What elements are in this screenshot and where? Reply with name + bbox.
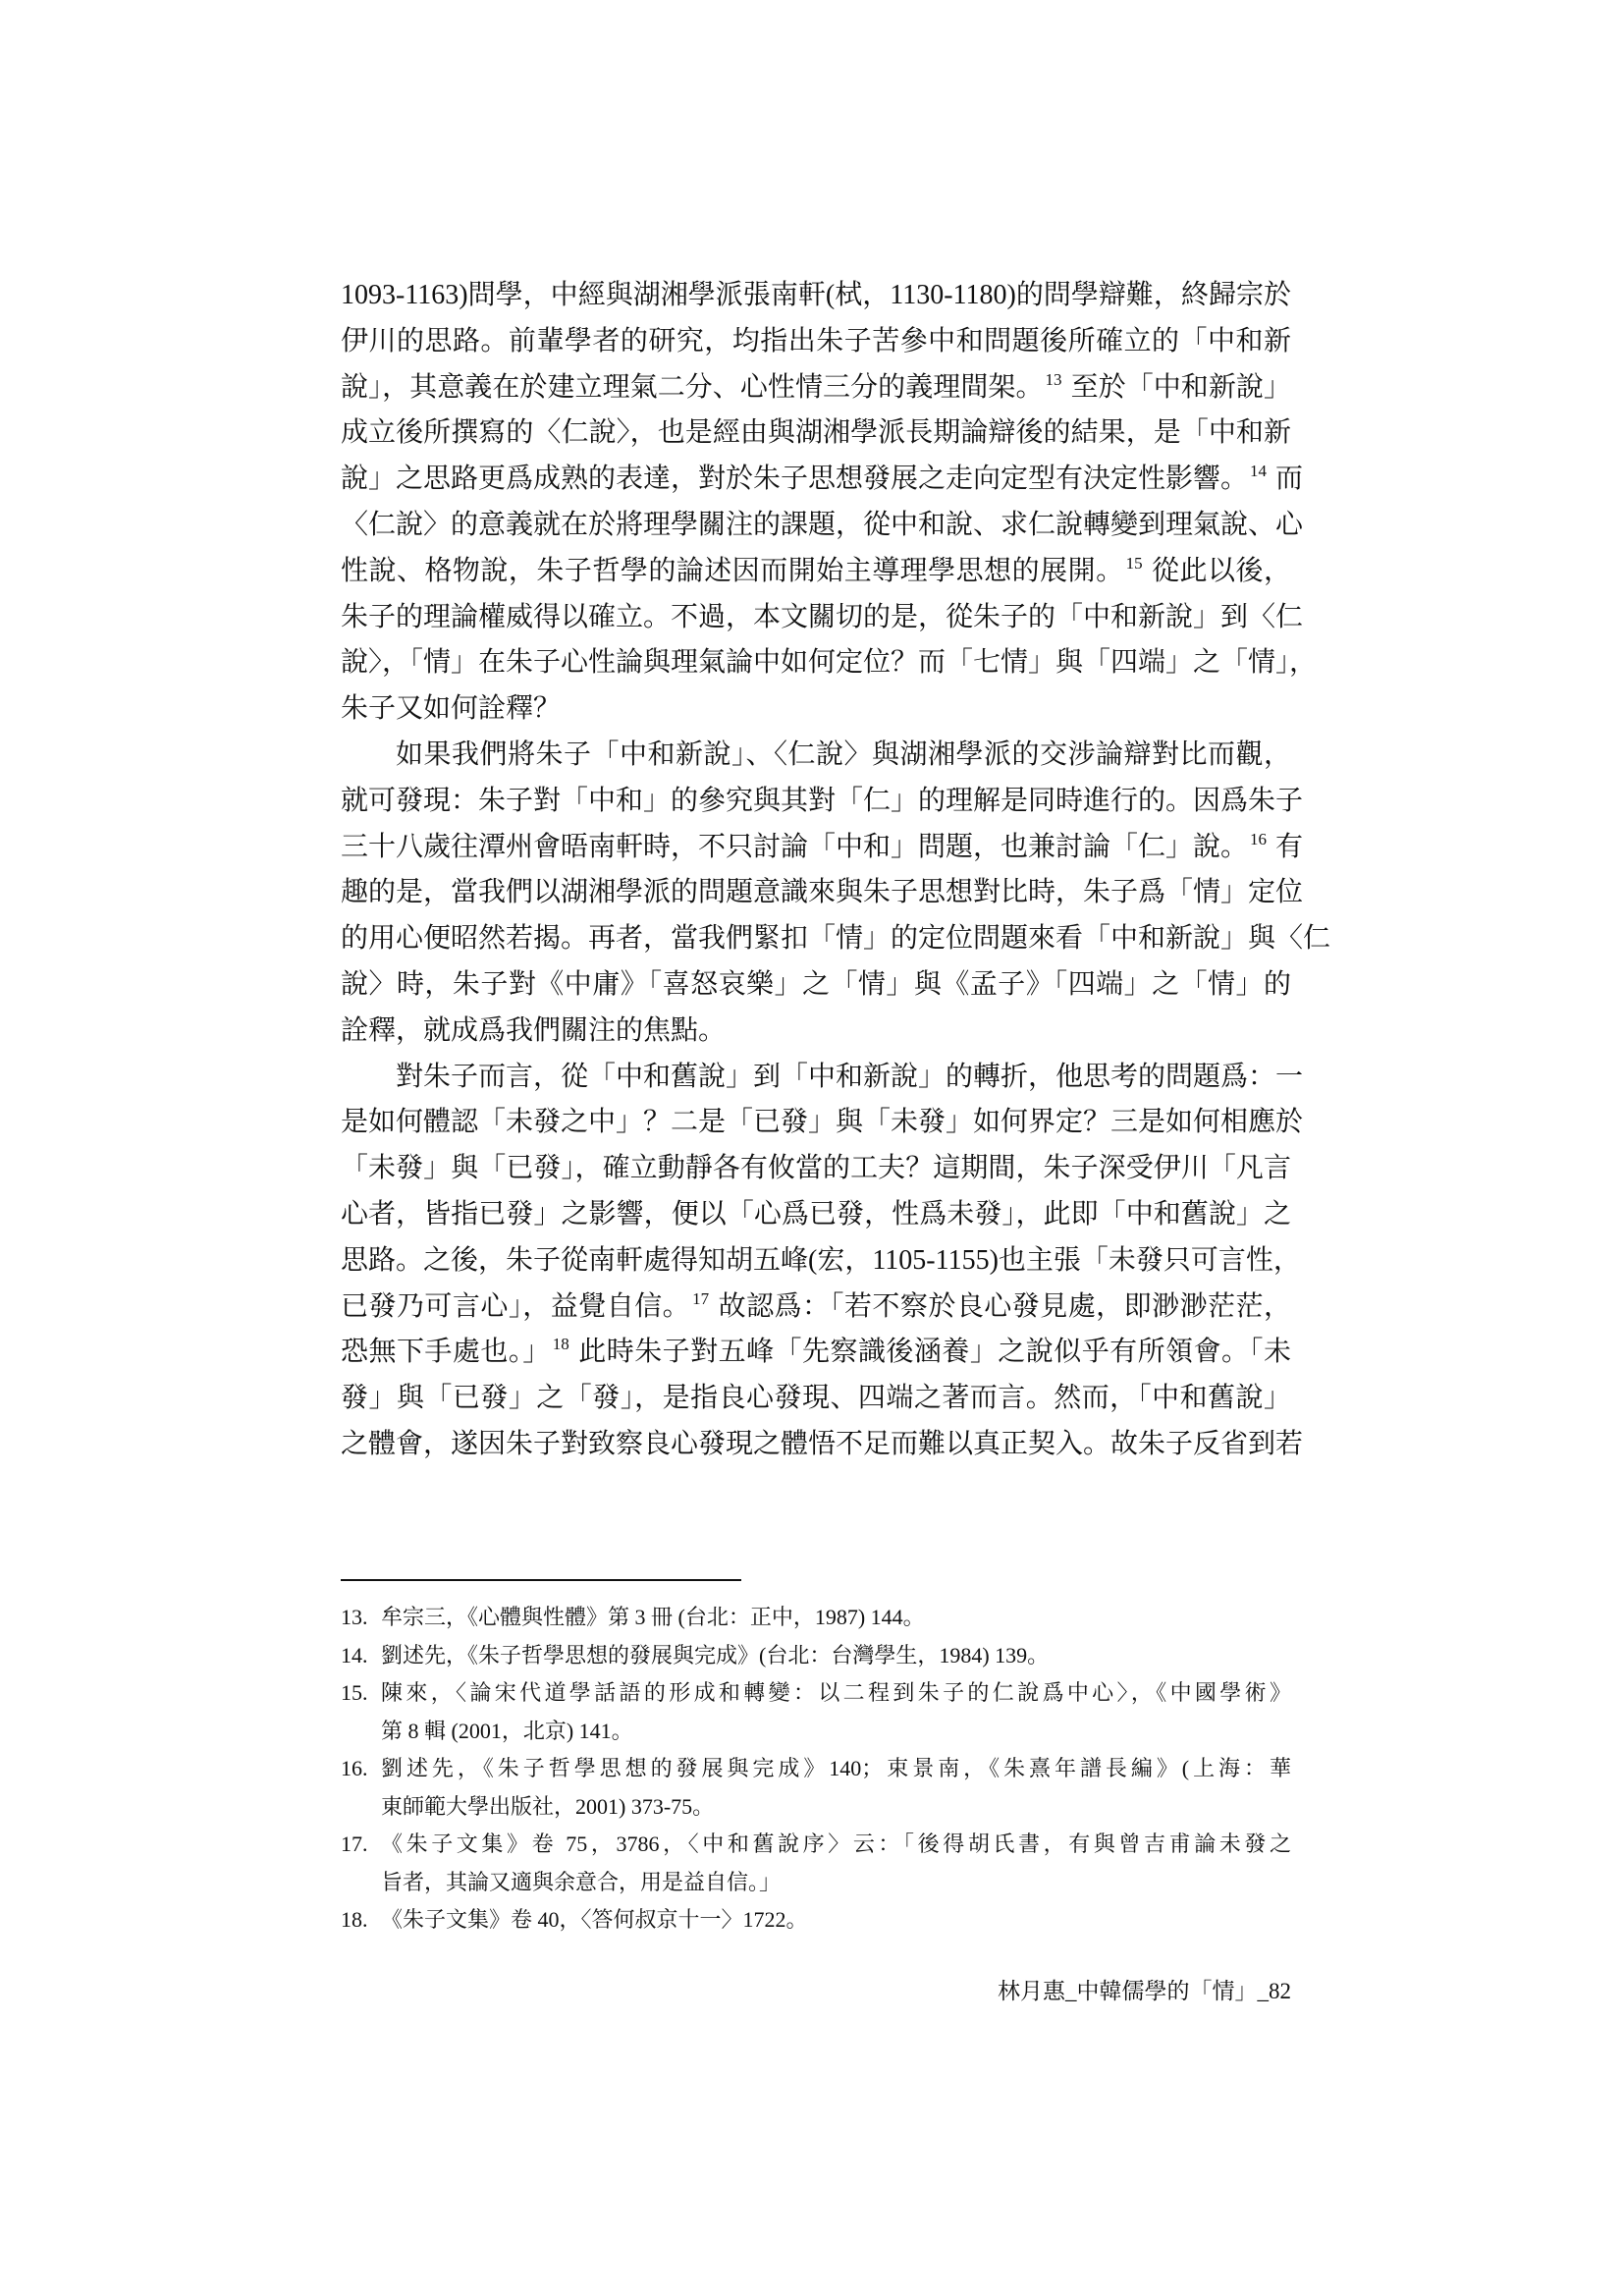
- footnote-continuation: 東師範大學出版社，2001) 373-75。: [341, 1788, 1291, 1827]
- body-line-13-head: 三十八歲往潭州會晤南軒時，不只討論「中和」問題，也兼討論「仁」說。: [341, 832, 1248, 862]
- document-page: 1093-1163)問學，中經與湖湘學派張南軒(栻，1130-1180)的問學辯…: [0, 0, 1623, 2296]
- body-line-10: 朱子又如何詮釋？: [341, 686, 1291, 733]
- body-line-4: 成立後所撰寫的〈仁說〉，也是經由與湖湘學派長期論辯後的結果，是「中和新: [341, 410, 1291, 457]
- body-line-25: 發」與「已發」之「發」，是指良心發現、四端之著而言。然而，「中和舊說」: [341, 1376, 1291, 1422]
- body-line-18: 對朱子而言，從「中和舊說」到「中和新說」的轉折，他思考的問題爲：一: [341, 1055, 1291, 1101]
- footnote-divider: [341, 1579, 741, 1581]
- body-line-15: 的用心便昭然若揭。再者，當我們緊扣「情」的定位問題來看「中和新說」與〈仁: [341, 916, 1291, 962]
- body-line-24-tail: 此時朱子對五峰「先察識後涵養」之說似乎有所領會。「未: [578, 1337, 1291, 1367]
- footnote-15: 15.陳來，〈論宋代道學話語的形成和轉變：以二程到朱子的仁說爲中心〉，《中國學術…: [341, 1674, 1291, 1750]
- footnote-ref-13[interactable]: 13: [1046, 370, 1062, 389]
- body-line-17: 詮釋，就成爲我們關注的焦點。: [341, 1009, 1291, 1055]
- footnote-13: 13.牟宗三，《心體與性體》第 3 冊 (台北：正中，1987) 144。: [341, 1599, 1291, 1637]
- footnote-number: 17.: [341, 1826, 381, 1864]
- body-line-13: 三十八歲往潭州會晤南軒時，不只討論「中和」問題，也兼討論「仁」說。16 有: [341, 825, 1291, 871]
- body-line-21: 心者，皆指已發」之影響，便以「心爲已發，性爲未發」，此即「中和舊說」之: [341, 1192, 1291, 1238]
- body-line-24: 恐無下手處也。」18 此時朱子對五峰「先察識後涵養」之說似乎有所領會。「未: [341, 1330, 1291, 1376]
- footnote-text: 劉述先，《朱子哲學思想的發展與完成》140；束景南，《朱熹年譜長編》(上海：華: [381, 1750, 1291, 1788]
- body-line-19: 是如何體認「未發之中」？二是「已發」與「未發」如何界定？三是如何相應於: [341, 1100, 1291, 1146]
- body-line-5-tail: 而: [1275, 464, 1303, 494]
- body-text: 1093-1163)問學，中經與湖湘學派張南軒(栻，1130-1180)的問學辯…: [341, 273, 1291, 1468]
- footnote-17: 17.《朱子文集》卷 75，3786，〈中和舊說序〉云：「後得胡氏書，有與曾吉甫…: [341, 1826, 1291, 1901]
- footnote-ref-18[interactable]: 18: [553, 1335, 569, 1353]
- body-line-6: 〈仁說〉的意義就在於將理學關注的課題，從中和說、求仁說轉變到理氣說、心: [341, 503, 1291, 549]
- body-line-14: 趣的是，當我們以湖湘學派的問題意識來與朱子思想對比時，朱子爲「情」定位: [341, 870, 1291, 916]
- running-footer-page-number: 林月惠_中韓儒學的「情」_82: [998, 1974, 1291, 2009]
- body-line-3-head: 說」，其意義在於建立理氣二分、心性情三分的義理間架。: [341, 372, 1044, 403]
- footnote-continuation: 第 8 輯 (2001，北京) 141。: [341, 1713, 1291, 1751]
- footnote-18: 18.《朱子文集》卷 40，〈答何叔京十一〉1722。: [341, 1901, 1291, 1940]
- footnote-text: 牟宗三，《心體與性體》第 3 冊 (台北：正中，1987) 144。: [381, 1599, 1291, 1637]
- body-line-7-tail: 從此以後，: [1152, 556, 1291, 586]
- footnote-16: 16.劉述先，《朱子哲學思想的發展與完成》140；束景南，《朱熹年譜長編》(上海…: [341, 1750, 1291, 1826]
- footnote-number: 13.: [341, 1599, 381, 1637]
- body-line-7: 性說、格物說，朱子哲學的論述因而開始主導理學思想的展開。15 從此以後，: [341, 549, 1291, 595]
- footnote-14: 14.劉述先，《朱子哲學思想的發展與完成》(台北：台灣學生，1984) 139。: [341, 1637, 1291, 1675]
- body-line-23: 已發乃可言心」，益覺自信。17 故認爲：「若不察於良心發見處，即渺渺茫茫，: [341, 1285, 1291, 1331]
- footnote-number: 14.: [341, 1637, 381, 1675]
- body-line-5-head: 說」之思路更爲成熟的表達，對於朱子思想發展之走向定型有決定性影響。: [341, 464, 1248, 494]
- body-line-3-tail: 至於「中和新說」: [1071, 372, 1291, 403]
- body-line-23-tail: 故認爲：「若不察於良心發見處，即渺渺茫茫，: [719, 1291, 1291, 1322]
- footnote-ref-16[interactable]: 16: [1250, 830, 1267, 848]
- body-line-11: 如果我們將朱子「中和新說」、〈仁說〉與湖湘學派的交涉論辯對比而觀，: [341, 733, 1291, 779]
- body-line-23-head: 已發乃可言心」，益覺自信。: [341, 1291, 690, 1322]
- body-line-12: 就可發現：朱子對「中和」的參究與其對「仁」的理解是同時進行的。因爲朱子: [341, 779, 1291, 825]
- body-line-9: 說〉，「情」在朱子心性論與理氣論中如何定位？而「七情」與「四端」之「情」，: [341, 640, 1291, 686]
- body-line-5: 說」之思路更爲成熟的表達，對於朱子思想發展之走向定型有決定性影響。14 而: [341, 457, 1291, 503]
- body-line-2: 伊川的思路。前輩學者的研究，均指出朱子苦參中和問題後所確立的「中和新: [341, 319, 1291, 365]
- footnote-text: 《朱子文集》卷 40，〈答何叔京十一〉1722。: [381, 1901, 1291, 1940]
- body-line-22: 思路。之後，朱子從南軒處得知胡五峰(宏，1105-1155)也主張「未發只可言性…: [341, 1238, 1291, 1285]
- body-line-1: 1093-1163)問學，中經與湖湘學派張南軒(栻，1130-1180)的問學辯…: [341, 273, 1291, 319]
- body-line-7-head: 性說、格物說，朱子哲學的論述因而開始主導理學思想的展開。: [341, 556, 1124, 586]
- body-line-3: 說」，其意義在於建立理氣二分、心性情三分的義理間架。13 至於「中和新說」: [341, 365, 1291, 411]
- footnote-text: 《朱子文集》卷 75，3786，〈中和舊說序〉云：「後得胡氏書，有與曾吉甫論未發…: [381, 1826, 1291, 1864]
- footnote-ref-17[interactable]: 17: [692, 1289, 709, 1308]
- body-line-26: 之體會，遂因朱子對致察良心發現之體悟不足而難以真正契入。故朱子反省到若: [341, 1422, 1291, 1468]
- footnote-text: 陳來，〈論宋代道學話語的形成和轉變：以二程到朱子的仁說爲中心〉，《中國學術》: [381, 1674, 1291, 1713]
- footnotes: 13.牟宗三，《心體與性體》第 3 冊 (台北：正中，1987) 144。 14…: [341, 1599, 1291, 1940]
- body-line-20: 「未發」與「已發」，確立動靜各有攸當的工夫？這期間，朱子深受伊川「凡言: [341, 1146, 1291, 1192]
- body-line-16: 說〉時，朱子對《中庸》「喜怒哀樂」之「情」與《孟子》「四端」之「情」的: [341, 962, 1291, 1009]
- body-line-24-head: 恐無下手處也。」: [341, 1337, 551, 1367]
- footnote-continuation: 旨者，其論又適與余意合，用是益自信。」: [341, 1864, 1291, 1902]
- footnote-number: 16.: [341, 1750, 381, 1788]
- footnote-text: 劉述先，《朱子哲學思想的發展與完成》(台北：台灣學生，1984) 139。: [381, 1637, 1291, 1675]
- footnote-number: 15.: [341, 1674, 381, 1713]
- footnote-ref-15[interactable]: 15: [1126, 554, 1143, 573]
- footnote-number: 18.: [341, 1901, 381, 1940]
- body-line-13-tail: 有: [1275, 832, 1303, 862]
- footnote-ref-14[interactable]: 14: [1250, 462, 1267, 480]
- body-line-8: 朱子的理論權威得以確立。不過，本文關切的是，從朱子的「中和新說」到〈仁: [341, 595, 1291, 641]
